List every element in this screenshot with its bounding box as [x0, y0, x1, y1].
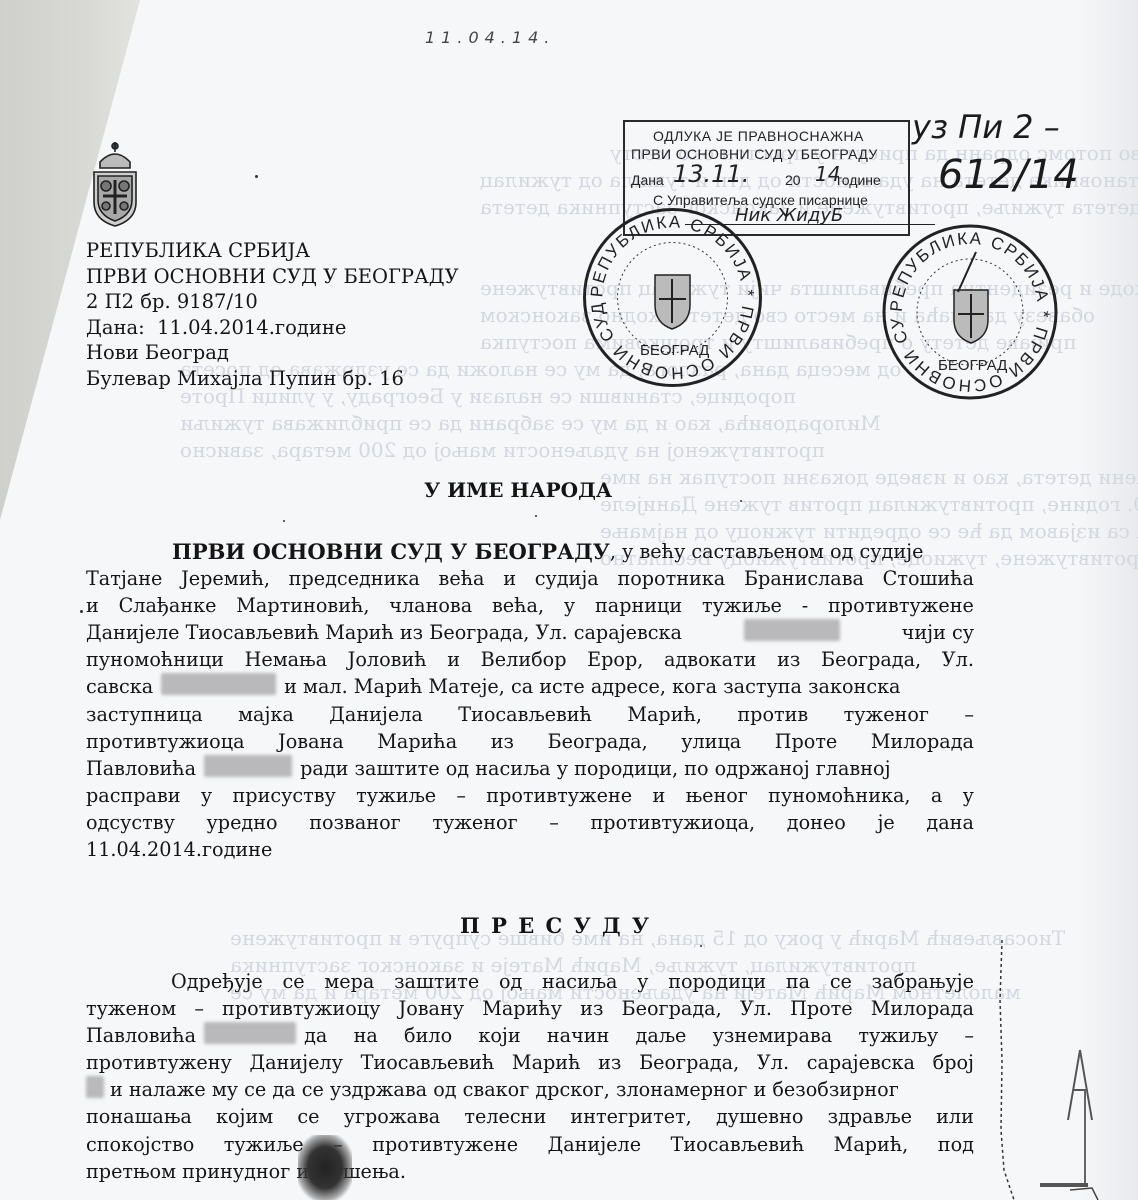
- verdict-line-part: да на било који начин даље узнемирава ту…: [304, 1022, 974, 1049]
- scan-speck: [535, 515, 537, 517]
- intro-line-part: Павловића: [86, 755, 196, 782]
- verdict-heading: П Р Е С У Д У: [460, 913, 651, 938]
- verdict-line-text: Одређујесемеразаштитеоднасиљаупородиципа…: [171, 968, 974, 995]
- intro-line: 11.04.2014.године: [86, 836, 974, 863]
- intro-line-part: савска: [86, 673, 153, 700]
- bleed-through-text: заштићени детета, као и изведе доказни п…: [600, 464, 1138, 491]
- bleed-through-text: противтуженој на удаљености мањој од 200…: [180, 437, 825, 464]
- court-seal-right: РЕПУБЛИКА СРБИЈА * ПРВИ ОСНОВНИ СУД У БЕ…: [880, 222, 1060, 402]
- margin-annotation: [980, 940, 1120, 1200]
- case-number: 2 П2 бр. 9187/10: [86, 289, 459, 315]
- intro-court-name-bold: ПРВИ ОСНОВНИ СУД У БЕОГРАДУ: [172, 538, 610, 565]
- country-name: РЕПУБЛИКА СРБИЈА: [86, 238, 459, 264]
- svg-text:БЕОГРАД: БЕОГРАД: [640, 342, 709, 359]
- intro-line-part: ради заштите од насиља у породици, по од…: [300, 755, 890, 782]
- verdict-paragraph: Одређујесемеразаштитеоднасиљаупородиципа…: [86, 968, 974, 1185]
- intro-line-part: Данијеле Тиосављевић Марић из Београда, …: [86, 619, 682, 646]
- court-name: ПРВИ ОСНОВНИ СУД У БЕОГРАДУ: [86, 264, 459, 290]
- court-header: РЕПУБЛИКА СРБИЈА ПРВИ ОСНОВНИ СУД У БЕОГ…: [86, 238, 459, 392]
- court-city: Нови Београд: [86, 340, 459, 366]
- scan-speck: [740, 500, 742, 502]
- intro-paragraph: ПРВИ ОСНОВНИ СУД У БЕОГРАДУ , у већу сас…: [86, 538, 974, 863]
- document-date: Дана: 11.04.2014.године: [86, 315, 459, 341]
- verdict-line: понашањакојимсеугрожавателесниинтегритет…: [86, 1103, 974, 1130]
- intro-line-part: и мал. Марић Матеје, са исте адресе, ког…: [284, 673, 900, 700]
- handwritten-date-top: 11.04.14.: [425, 28, 555, 47]
- intro-line: Данијеле Тиосављевић Марић из Београда, …: [86, 619, 974, 646]
- stamp-finality-text: ОДЛУКА ЈЕ ПРАВНОСНАЖНА: [653, 128, 864, 144]
- redacted-address: [161, 673, 276, 695]
- intro-line: , у већу састављеном од судије: [610, 538, 924, 565]
- intro-line: одсуствууреднопозваногтуженог–противтужи…: [86, 809, 974, 836]
- scan-speck: [283, 520, 285, 522]
- intro-line: ТатјанеЈеремић,председникавећаисудијапор…: [86, 565, 974, 592]
- stamp-court-text: ПРВИ ОСНОВНИ СУД У БЕОГРАДУ: [631, 146, 878, 162]
- svg-text:БЕОГРАД: БЕОГРАД: [938, 357, 1007, 374]
- intro-line: заступницамајкаДанијелаТиосављевићМарић,…: [86, 701, 974, 728]
- ink-blot: [298, 1135, 352, 1200]
- in-name-of-people-heading: У ИМЕ НАРОДА: [424, 478, 612, 502]
- intro-line-part: чији су: [902, 619, 974, 646]
- court-address: Булевар Михајла Пупин бр. 16: [86, 366, 459, 392]
- handwritten-reference-line2: 612/14: [938, 152, 1079, 198]
- bleed-through-text: 11.10.2010. године, противтужилац против…: [600, 491, 1138, 518]
- stamp-year-suffix: године: [837, 172, 881, 188]
- verdict-line: и налаже му се да се уздржава од сваког …: [86, 1076, 974, 1103]
- verdict-line: спокојствотужиље–противтуженеДанијелеТио…: [86, 1131, 974, 1158]
- scan-speck: [255, 175, 258, 178]
- scan-speck: [80, 610, 83, 613]
- verdict-line: Павловића да на било који начин даље узн…: [86, 1022, 974, 1049]
- intro-line: иСлађанкеМартиновић,члановавећа,упарници…: [86, 592, 974, 619]
- redacted-address: [744, 619, 840, 641]
- scan-speck: [700, 945, 702, 947]
- intro-line: пуномоћнициНемањаЈоловићиВелиборЕрор,адв…: [86, 646, 974, 673]
- intro-line: савска и мал. Марић Матеје, са исте адре…: [86, 673, 974, 700]
- redacted-address: [86, 1076, 104, 1098]
- redacted-address: [204, 755, 292, 777]
- redacted-address: [204, 1022, 296, 1044]
- serbian-coat-of-arms-icon: [86, 140, 144, 228]
- intro-line: Павловића ради заштите од насиља у пород…: [86, 755, 974, 782]
- verdict-line: противтуженуДанијелуТиосављевићМарићизБе…: [86, 1049, 974, 1076]
- intro-line: расправиуприсуствутужиље–противтуженеиње…: [86, 782, 974, 809]
- verdict-line-part: Павловића: [86, 1022, 196, 1049]
- stamp-date-handwritten: 13.11.: [673, 160, 749, 188]
- stamp-date-label: Дана: [631, 172, 664, 188]
- intro-line: противтужиоцаЈованаМарићаизБеограда,улиц…: [86, 728, 974, 755]
- verdict-line: Одређујесемеразаштитеоднасиљаупородиципа…: [86, 968, 974, 995]
- court-seal-left: РЕПУБЛИКА СРБИЈА * ПРВИ ОСНОВНИ СУД У БЕ…: [580, 205, 765, 390]
- verdict-line-part: и налаже му се да се уздржава од сваког …: [110, 1076, 899, 1103]
- bleed-through-text: Милорадовића, као и да му се забрани да …: [180, 410, 881, 437]
- stamp-year-prefix: 20: [785, 172, 801, 188]
- verdict-line: претњом принудног извршења.: [86, 1158, 974, 1185]
- handwritten-reference-line1: уз Пи 2 –: [912, 108, 1060, 146]
- verdict-line: туженом–противтужиоцуЈовануМарићуизБеогр…: [86, 995, 974, 1022]
